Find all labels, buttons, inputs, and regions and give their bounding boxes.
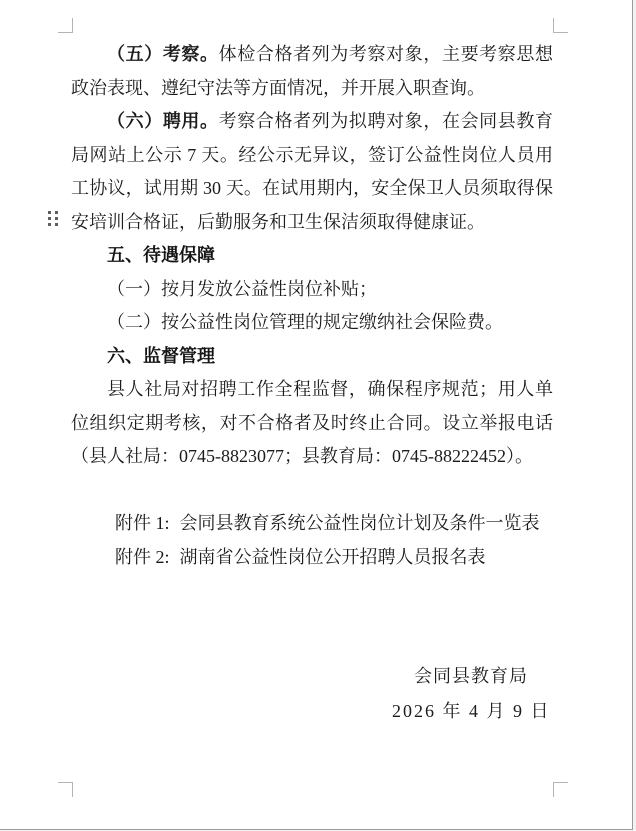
benefit-item-2: （二）按公益性岗位管理的规定缴纳社会保险费。 xyxy=(71,306,553,340)
document-page: （五）考察。体检合格者列为考察对象，主要考察思想政治表现、遵纪守法等方面情况，并… xyxy=(0,0,633,830)
document-body: （五）考察。体检合格者列为考察对象，主要考察思想政治表现、遵纪守法等方面情况，并… xyxy=(71,38,553,474)
attachment-1: 附件 1:会同县教育系统公益性岗位计划及条件一览表 xyxy=(115,507,540,541)
heading-section5-benefits: 五、待遇保障 xyxy=(71,239,553,273)
attachment-2-title: 湖南省公益性岗位公开招聘人员报名表 xyxy=(180,547,486,567)
heading-section6-supervision: 六、监督管理 xyxy=(71,340,553,374)
text-boundary-mark-top-left xyxy=(58,18,73,33)
text-boundary-mark-top-right xyxy=(553,18,568,33)
text-boundary-mark-bottom-left xyxy=(58,782,73,797)
paragraph-employment: （六）聘用。考察合格者列为拟聘对象，在会同县教育局网站上公示 7 天。经公示无异… xyxy=(71,105,553,239)
benefit-item-1: （一）按月发放公益性岗位补贴； xyxy=(71,273,553,307)
paragraph-inspection: （五）考察。体检合格者列为考察对象，主要考察思想政治表现、遵纪守法等方面情况，并… xyxy=(71,38,553,105)
paragraph-supervision: 县人社局对招聘工作全程监督，确保程序规范；用人单位组织定期考核，对不合格者及时终… xyxy=(71,373,553,474)
attachments-list: 附件 1:会同县教育系统公益性岗位计划及条件一览表 附件 2:湖南省公益性岗位公… xyxy=(115,507,540,574)
attachment-2: 附件 2:湖南省公益性岗位公开招聘人员报名表 xyxy=(115,541,540,575)
attachment-1-title: 会同县教育系统公益性岗位计划及条件一览表 xyxy=(180,513,540,533)
text-boundary-mark-bottom-right xyxy=(553,782,568,797)
attachment-1-label: 附件 1: xyxy=(115,513,170,533)
attachment-2-label: 附件 2: xyxy=(115,547,170,567)
issuing-authority: 会同县教育局 xyxy=(414,660,528,694)
issue-date: 2026 年 4 月 9 日 xyxy=(392,695,551,729)
paragraph-employment-lead: （六）聘用。 xyxy=(107,111,219,131)
paragraph-drag-handle-icon[interactable] xyxy=(48,211,58,226)
paragraph-inspection-lead: （五）考察。 xyxy=(107,44,219,64)
